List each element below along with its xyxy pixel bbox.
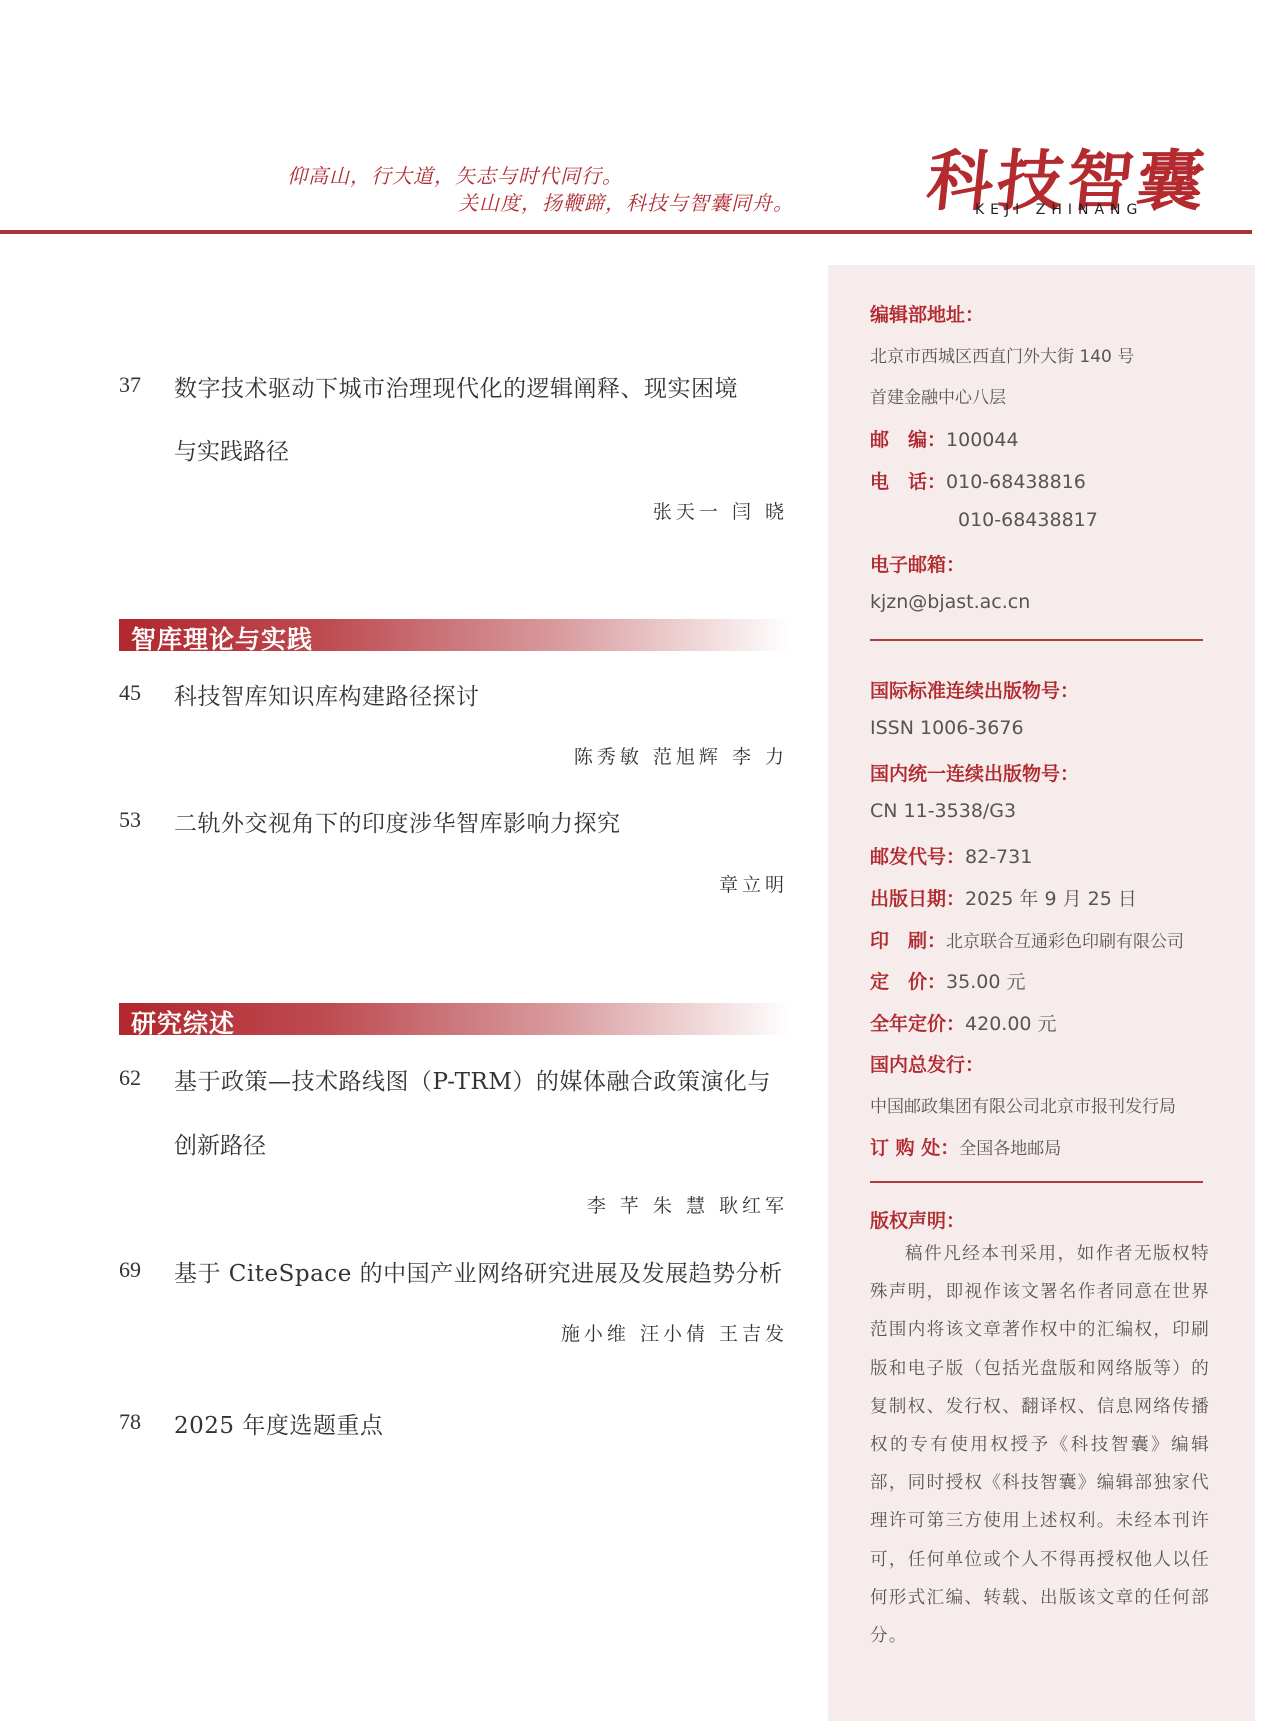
distributor-label: 国内总发行： xyxy=(870,1050,984,1077)
postal-code-label: 邮发代号： xyxy=(870,846,965,868)
toc-authors: 李 芊 朱 慧 耿红军 xyxy=(587,1191,788,1218)
address-line2: 首建金融中心八层 xyxy=(870,383,1006,408)
cn-value: CN 11-3538/G3 xyxy=(870,800,1016,822)
toc-authors: 陈秀敏 范旭辉 李 力 xyxy=(574,742,788,769)
pub-date-label: 出版日期： xyxy=(870,888,965,910)
annual-price-row: 全年定价：420.00 元 xyxy=(870,1009,1057,1036)
copyright-notice: 稿件凡经本刊采用，如作者无版权特殊声明，即视作该文署名作者同意在世界范围内将该文… xyxy=(870,1235,1210,1655)
toc-authors: 章立明 xyxy=(719,870,788,897)
toc-page-number: 78 xyxy=(119,1409,141,1435)
cn-label: 国内统一连续出版物号： xyxy=(870,759,1079,786)
email-value[interactable]: kjzn@bjast.ac.cn xyxy=(870,591,1030,613)
toc-page-number: 69 xyxy=(119,1257,141,1283)
printer-label: 印 刷： xyxy=(870,930,946,952)
subscribe-label: 订 购 处： xyxy=(870,1137,959,1159)
toc-title: 基于政策—技术路线图（P-TRM）的媒体融合政策演化与 xyxy=(174,1063,771,1096)
phone-label: 电 话： xyxy=(870,471,946,493)
section-title: 智库理论与实践 xyxy=(131,620,313,656)
price-label: 定 价： xyxy=(870,971,946,993)
sidebar-divider xyxy=(870,639,1203,641)
toc-page-number: 37 xyxy=(119,372,141,398)
printer-value: 北京联合互通彩色印刷有限公司 xyxy=(946,932,1184,952)
postcode-label: 邮 编： xyxy=(870,429,946,451)
issn-value: ISSN 1006-3676 xyxy=(870,717,1024,739)
phone-value-2: 010-68438817 xyxy=(958,509,1098,531)
section-header-think-tank: 智库理论与实践 xyxy=(119,619,791,651)
toc-title: 科技智库知识库构建路径探讨 xyxy=(174,678,480,711)
pub-date-value: 2025 年 9 月 25 日 xyxy=(965,888,1137,910)
printer-row: 印 刷：北京联合互通彩色印刷有限公司 xyxy=(870,926,1184,953)
postcode-value: 100044 xyxy=(946,429,1019,451)
toc-authors: 张天一 闫 晓 xyxy=(653,497,788,524)
address-line1: 北京市西城区西直门外大街 140 号 xyxy=(870,342,1134,367)
subscribe-row: 订 购 处：全国各地邮局 xyxy=(870,1133,1061,1160)
toc-authors: 施小维 汪小倩 王吉发 xyxy=(561,1319,788,1346)
toc-title: 2025 年度选题重点 xyxy=(174,1407,383,1440)
subscribe-value: 全国各地邮局 xyxy=(959,1139,1061,1159)
postal-code-row: 邮发代号：82-731 xyxy=(870,842,1032,869)
postcode-row: 邮 编：100044 xyxy=(870,425,1019,452)
header-divider xyxy=(0,230,1252,234)
journal-logo-english: KEJI ZHINANG xyxy=(975,202,1143,218)
section-header-research-review: 研究综述 xyxy=(119,1003,791,1035)
toc-title: 基于 CiteSpace 的中国产业网络研究进展及发展趋势分析 xyxy=(174,1255,783,1288)
header-motto-line1: 仰高山，行大道，矢志与时代同行。 xyxy=(287,160,623,189)
address-label: 编辑部地址： xyxy=(870,300,984,327)
toc-title: 数字技术驱动下城市治理现代化的逻辑阐释、现实困境 xyxy=(174,370,738,403)
phone-value-1: 010-68438816 xyxy=(946,471,1086,493)
price-value: 35.00 元 xyxy=(946,971,1025,993)
toc-title-continued: 创新路径 xyxy=(174,1127,266,1160)
toc-title: 二轨外交视角下的印度涉华智库影响力探究 xyxy=(174,805,621,838)
toc-page-number: 53 xyxy=(119,807,141,833)
pub-date-row: 出版日期：2025 年 9 月 25 日 xyxy=(870,884,1137,911)
sidebar-divider xyxy=(870,1181,1203,1183)
postal-code-value: 82-731 xyxy=(965,846,1032,868)
section-title: 研究综述 xyxy=(131,1004,235,1040)
distributor-value: 中国邮政集团有限公司北京市报刊发行局 xyxy=(870,1092,1176,1117)
price-row: 定 价：35.00 元 xyxy=(870,967,1025,994)
toc-title-continued: 与实践路径 xyxy=(174,433,289,466)
header-motto-line2: 关山度，扬鞭蹄，科技与智囊同舟。 xyxy=(458,187,794,216)
issn-label: 国际标准连续出版物号： xyxy=(870,676,1079,703)
annual-price-label: 全年定价： xyxy=(870,1013,965,1035)
copyright-label: 版权声明： xyxy=(870,1206,965,1233)
toc-page-number: 62 xyxy=(119,1065,141,1091)
email-label: 电子邮箱： xyxy=(870,550,965,577)
toc-page-number: 45 xyxy=(119,680,141,706)
phone-row: 电 话：010-68438816 xyxy=(870,467,1086,494)
annual-price-value: 420.00 元 xyxy=(965,1013,1057,1035)
